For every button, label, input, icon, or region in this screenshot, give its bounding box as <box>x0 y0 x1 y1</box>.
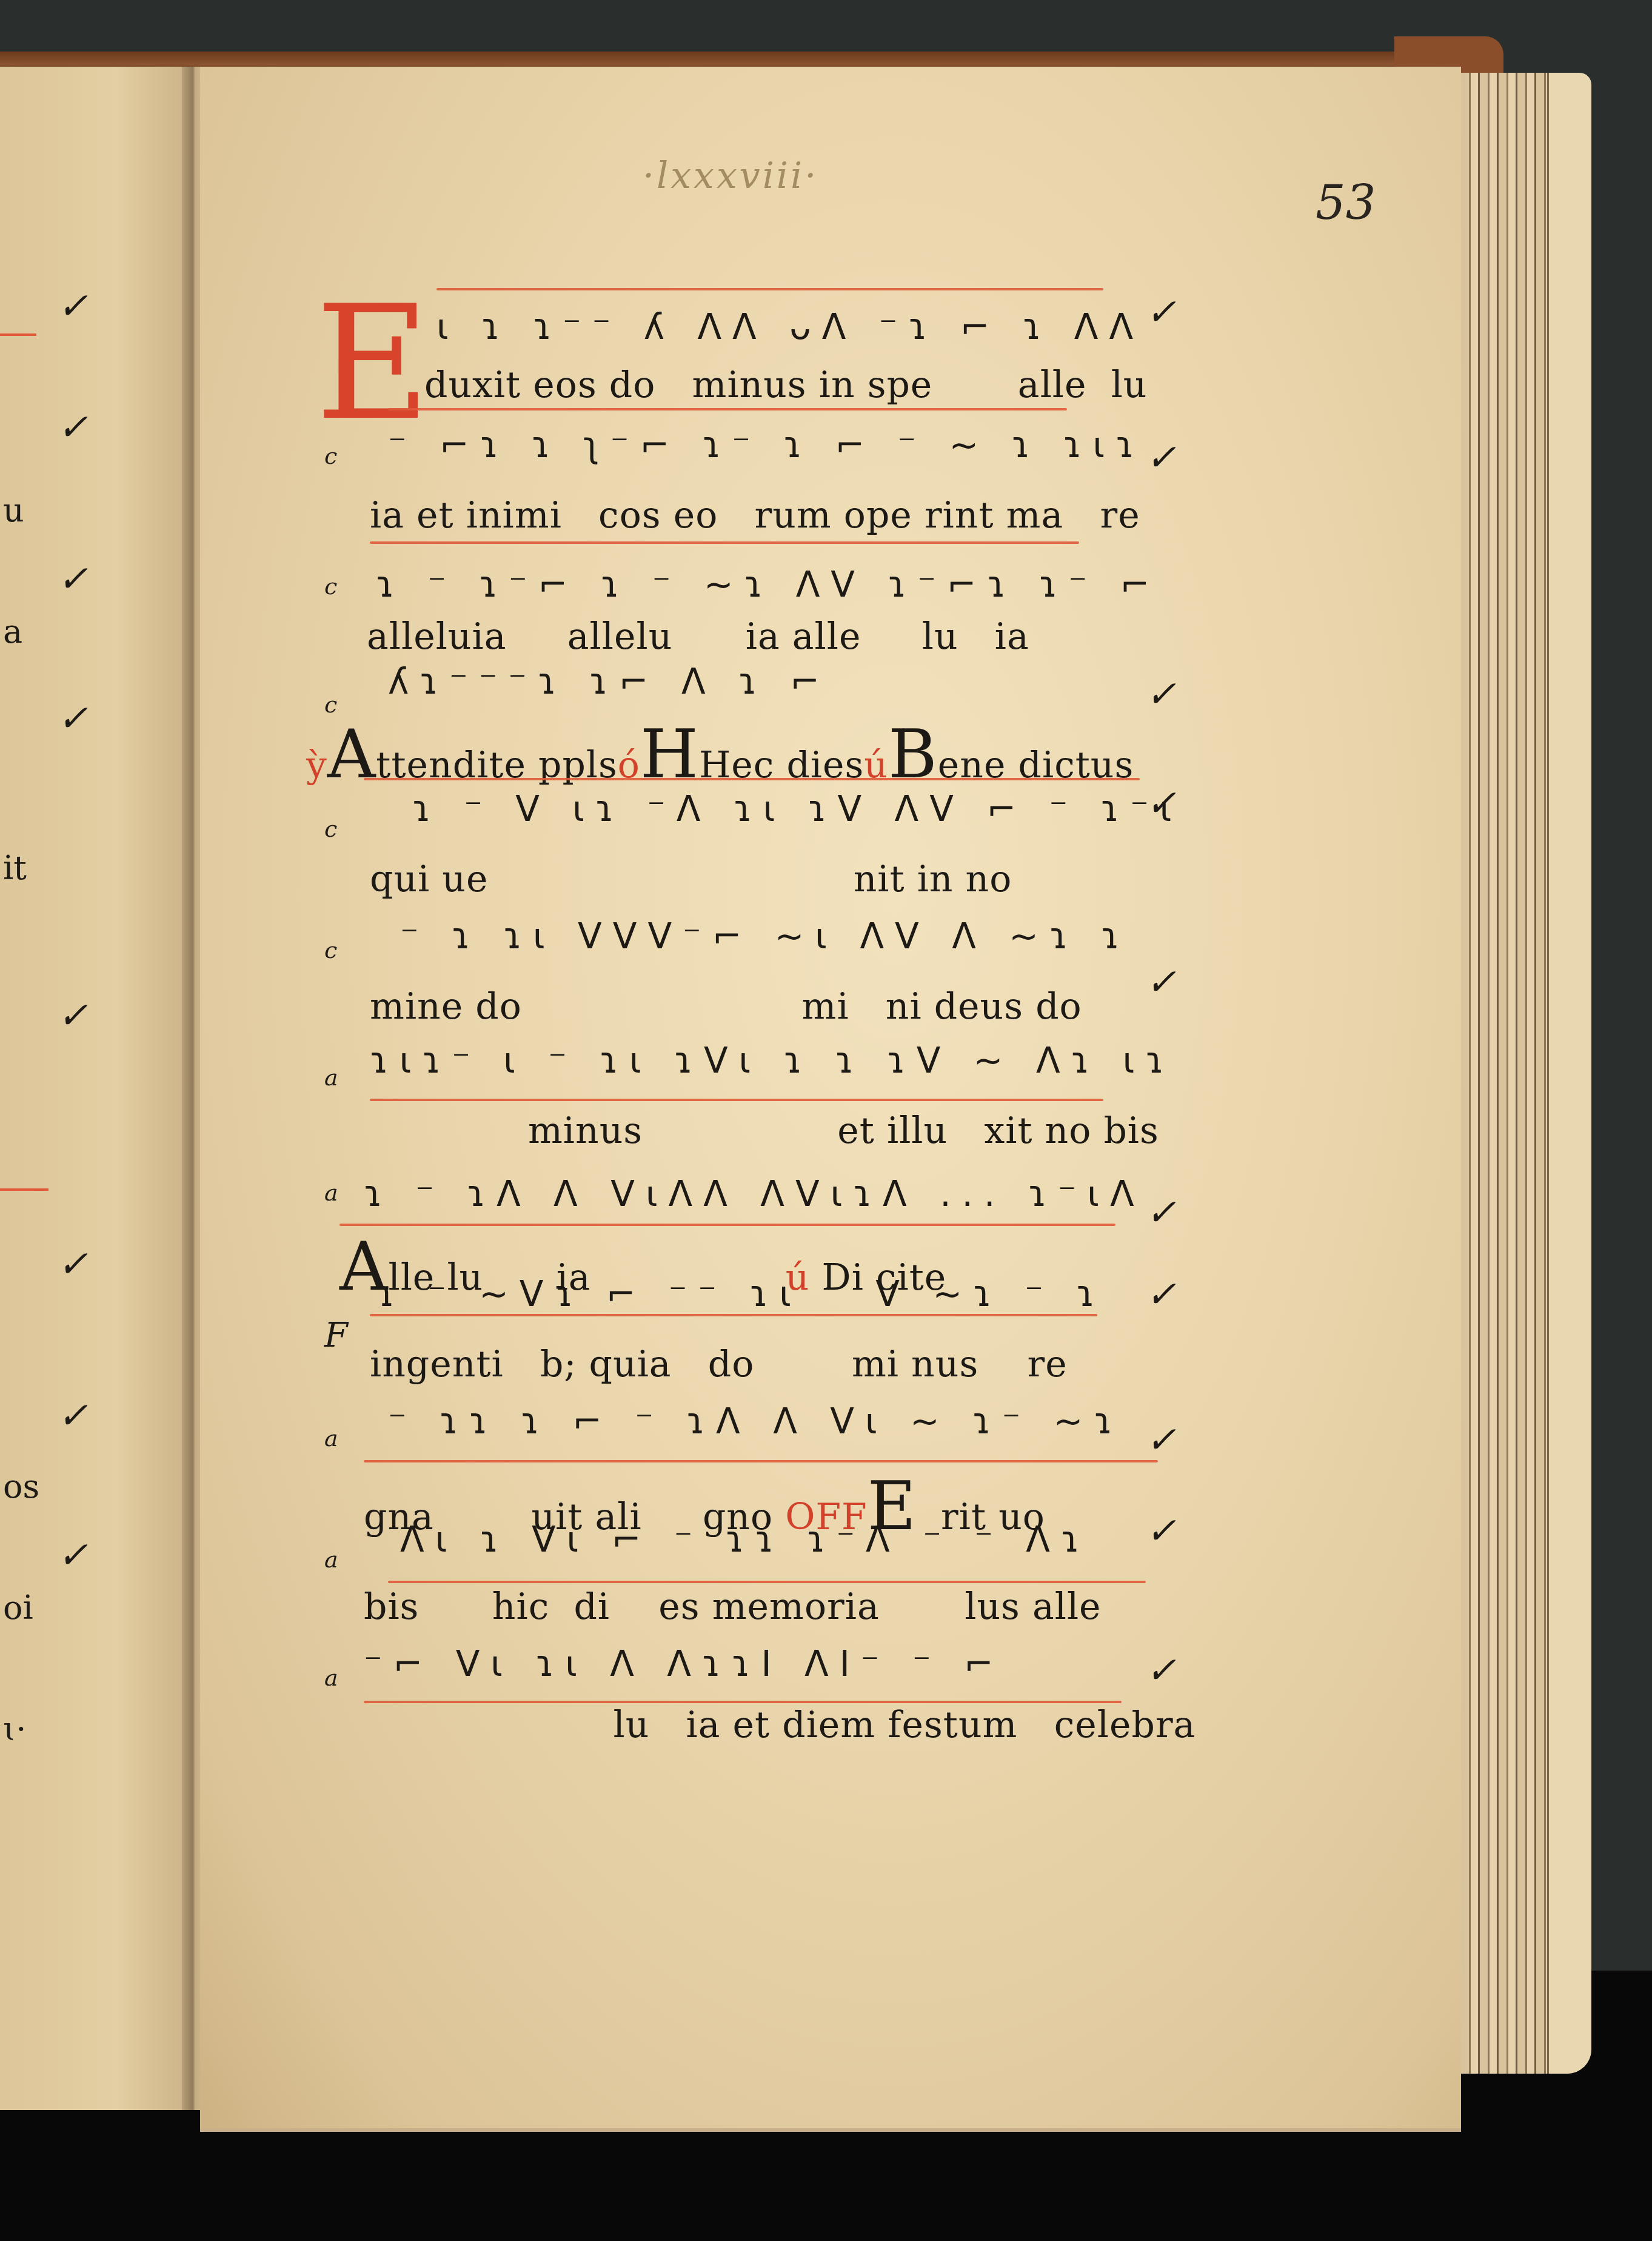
neume-row: ⁻⌐ Vɩ ɿɩ Ʌ ɅɿɿⅠ ɅⅠ⁻ ⁻ ⌐ <box>364 1643 1005 1684</box>
neume-row: ʎɿ⁻⁻⁻ɿ ɿ⌐ Ʌ ɿ ⌐ <box>388 661 831 702</box>
neume-row: Ʌɩ ɿ Vɩ ⌐ ⁻ ɿɿ ɿ⁻Ʌ ⁻ ⁻ Ʌɿ <box>400 1519 1091 1560</box>
margin-tick-icon: ✓ <box>58 1243 88 1285</box>
initial-A: A <box>327 715 376 793</box>
red-ruling-line <box>436 288 1103 290</box>
clef-letter: a <box>324 1425 338 1452</box>
margin-tick-icon: ✓ <box>58 406 88 449</box>
margin-tick-icon: ✓ <box>58 1534 88 1576</box>
red-ruling-line <box>370 1099 1103 1101</box>
margin-tick-icon: ✓ <box>1146 291 1176 333</box>
clef-letter: c <box>324 816 337 842</box>
clef-letter: c <box>324 691 337 718</box>
neume-row: ɿ ⁻ ɿɅ Ʌ VɩɅɅ ɅVɩɿɅ ... ɿ⁻ɩɅ <box>364 1173 1145 1214</box>
margin-tick-icon: ✓ <box>1146 1419 1176 1461</box>
clef-letter: c <box>324 937 337 963</box>
neume-row: ɿ ⁻ ~Vɿ ⌐ ⁻⁻ ɿɩ ⁻ V ~ɿ ⁻ ɿ <box>376 1273 1106 1315</box>
left-fragment: os <box>3 1467 39 1506</box>
neume-row: ɿɩɿ⁻ ɩ ⁻ ɿɩ ɿVɩ ɿ ɿ ɿV ~ Ʌɿ ɩɿ <box>370 1040 1175 1081</box>
chant-text-line-rubrics: ỳAttendite pplsóHHec diesúBene dictus <box>306 715 1134 793</box>
clef-letter: a <box>324 1179 338 1206</box>
margin-tick-icon: ✓ <box>1146 437 1176 479</box>
clef-letter: c <box>324 443 337 469</box>
versus-mark: ỳ <box>306 744 327 786</box>
margin-tick-icon: ✓ <box>58 994 88 1037</box>
initial-H: H <box>640 715 699 793</box>
chant-text-line: bis hic di es memoria lus alle <box>364 1586 1102 1628</box>
chant-text-line: ia et inimi cos eo rum ope rint ma re <box>370 494 1140 537</box>
neume-row: ɿ ⁻ V ɩɿ ⁻Ʌ ɿɩ ɿV ɅV ⌐ ⁻ ɿ⁻ɩ <box>412 788 1182 829</box>
neume-row: ɿ ⁻ ɿ⁻⌐ ɿ ⁻ ~ɿ ɅV ɿ⁻⌐ɿ ɿ⁻ ⌐ <box>376 564 1160 605</box>
neume-row: ⁻ ⌐ɿ ɿ ʅ⁻⌐ ɿ⁻ ɿ ⌐ ⁻ ~ ɿ ɿɩɿ <box>388 424 1145 466</box>
chant-text-line: ingenti b; quia do mi nus re <box>370 1343 1068 1385</box>
neume-row: ⁻ ɿ ɿɩ VVV⁻⌐ ~ɩ ɅV Ʌ ~ɿ ɿ <box>400 916 1131 957</box>
clef-letter: a <box>324 1546 338 1573</box>
clef-letter: c <box>324 573 337 600</box>
decorated-initial-E: E <box>315 285 430 443</box>
neume-row: ɩ ɿ ɿ⁻⁻ ʎ ɅɅ ᴗɅ ⁻ɿ ⌐ ɿ ɅɅ <box>436 306 1144 347</box>
margin-tick-icon: ✓ <box>58 558 88 600</box>
initial-B: B <box>888 715 938 793</box>
chant-text-line: minus et illu xit no bis <box>370 1110 1159 1152</box>
chant-text-line: duxit eos do minus in spe alle lu <box>424 364 1148 406</box>
margin-tick-icon: ✓ <box>1146 961 1176 1003</box>
initial-F: F <box>324 1316 348 1355</box>
red-ruling-line <box>339 1224 1115 1226</box>
red-ruling-line <box>370 541 1079 544</box>
chant-text-line: qui ue nit in no <box>370 858 1012 900</box>
margin-tick-icon: ✓ <box>1146 1510 1176 1552</box>
red-ruling-line <box>364 1460 1158 1462</box>
margin-tick-icon: ✓ <box>1146 1273 1176 1316</box>
red-ruling-line <box>364 778 1140 780</box>
margin-tick-icon: ✓ <box>58 697 88 740</box>
chant-text-line: mine do mi ni deus do <box>370 985 1082 1028</box>
folio-roman-numeral: ·lxxxviii· <box>643 155 818 197</box>
folio-number: 53 <box>1316 176 1376 230</box>
left-fragment: u <box>3 491 24 529</box>
clef-letter: a <box>324 1064 338 1091</box>
margin-tick-icon: ✓ <box>1146 673 1176 715</box>
left-fragment: ɩ· <box>3 1710 26 1748</box>
margin-tick-icon: ✓ <box>58 285 88 327</box>
red-ruling-line <box>364 1701 1122 1703</box>
margin-tick-icon: ✓ <box>1146 1649 1176 1692</box>
chant-text-line: lu ia et diem festum celebra <box>370 1704 1196 1746</box>
red-ruling-line <box>370 1314 1097 1316</box>
clef-letter: a <box>324 1664 338 1691</box>
neume-row: ⁻ ɿɿ ɿ ⌐ ⁻ ɿɅ Ʌ Vɩ ~ ɿ⁻ ~ɿ <box>388 1401 1123 1442</box>
chant-text-line: alleluia allelu ia alle lu ia <box>367 615 1029 658</box>
left-page-verso <box>0 67 194 2110</box>
left-fragment: a <box>3 612 22 651</box>
left-fragment: oi <box>3 1589 33 1627</box>
left-ruling <box>0 333 36 336</box>
page-edges-stack <box>1452 73 1591 2074</box>
margin-tick-icon: ✓ <box>58 1395 88 1437</box>
red-ruling-line <box>388 408 1067 410</box>
red-ruling-line <box>388 1581 1146 1583</box>
margin-tick-icon: ✓ <box>1146 782 1176 825</box>
left-fragment: it <box>3 849 27 887</box>
margin-tick-icon: ✓ <box>1146 1191 1176 1234</box>
left-ruling <box>0 1188 48 1191</box>
